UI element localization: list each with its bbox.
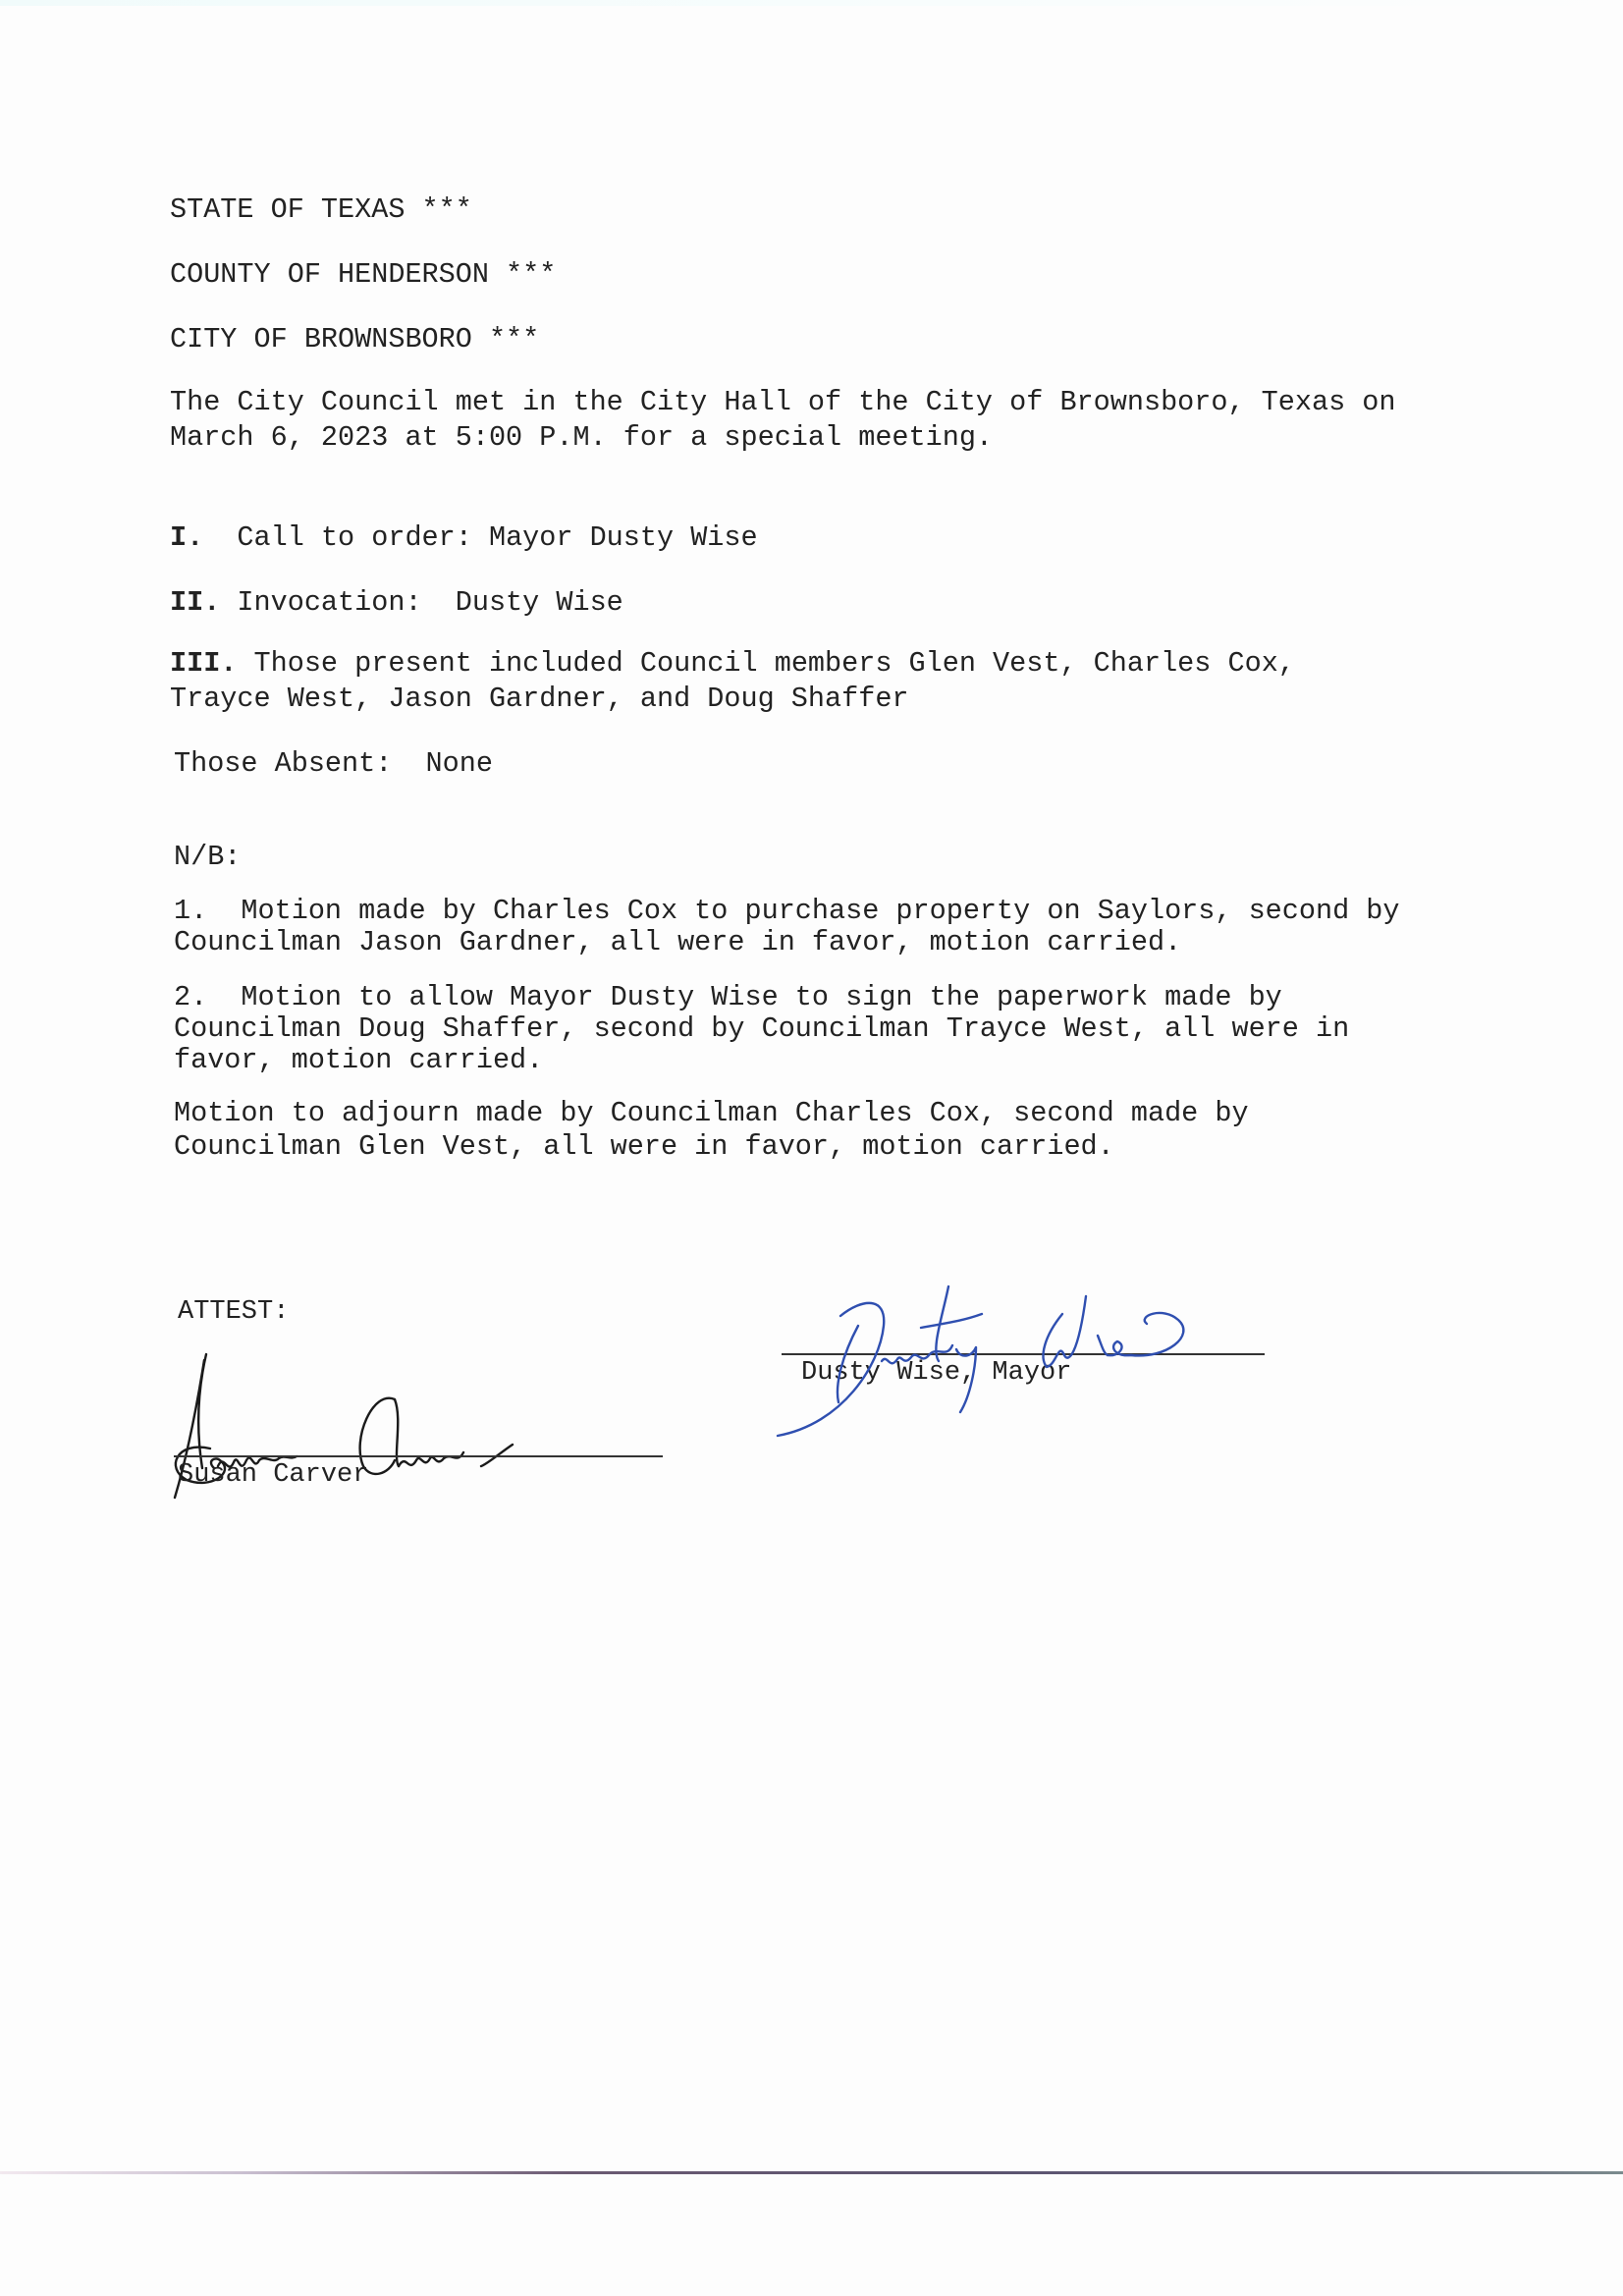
agenda-item-present: III. Those present included Council memb…	[170, 646, 1295, 682]
absent-line: Those Absent: None	[174, 746, 493, 782]
motion-1-line-1: 1. Motion made by Charles Cox to purchas…	[174, 894, 1400, 929]
county-heading: COUNTY OF HENDERSON ***	[170, 257, 556, 293]
agenda-item-call-to-order: I. Call to order: Mayor Dusty Wise	[170, 520, 758, 556]
mayor-signature	[774, 1277, 1216, 1444]
secretary-name: Susan Carver	[178, 1459, 368, 1491]
adjourn-line-1: Motion to adjourn made by Councilman Cha…	[174, 1096, 1249, 1131]
scan-page-edge	[0, 2171, 1623, 2174]
motion-2-line-1: 2. Motion to allow Mayor Dusty Wise to s…	[174, 980, 1282, 1015]
agenda-text: Call to order: Mayor Dusty Wise	[203, 521, 757, 554]
secretary-signature-line	[174, 1455, 663, 1457]
new-business-heading: N/B:	[174, 840, 241, 875]
scan-top-tint	[0, 0, 1623, 6]
agenda-item-invocation: II. Invocation: Dusty Wise	[170, 585, 623, 621]
motion-2-line-2: Councilman Doug Shaffer, second by Counc…	[174, 1011, 1349, 1047]
agenda-text: Those present included Council members G…	[237, 647, 1294, 680]
state-heading: STATE OF TEXAS ***	[170, 192, 472, 228]
attest-label: ATTEST:	[178, 1294, 289, 1330]
intro-line-1: The City Council met in the City Hall of…	[170, 385, 1396, 420]
agenda-numeral: II.	[170, 586, 220, 619]
motion-1-line-2: Councilman Jason Gardner, all were in fa…	[174, 925, 1181, 960]
intro-line-2: March 6, 2023 at 5:00 P.M. for a special…	[170, 420, 993, 456]
agenda-text: Invocation: Dusty Wise	[220, 586, 622, 619]
agenda-numeral: III.	[170, 647, 237, 680]
agenda-numeral: I.	[170, 521, 203, 554]
adjourn-line-2: Councilman Glen Vest, all were in favor,…	[174, 1129, 1114, 1165]
city-heading: CITY OF BROWNSBORO ***	[170, 322, 539, 357]
motion-2-line-3: favor, motion carried.	[174, 1043, 543, 1078]
agenda-item-present-cont: Trayce West, Jason Gardner, and Doug Sha…	[170, 682, 909, 717]
